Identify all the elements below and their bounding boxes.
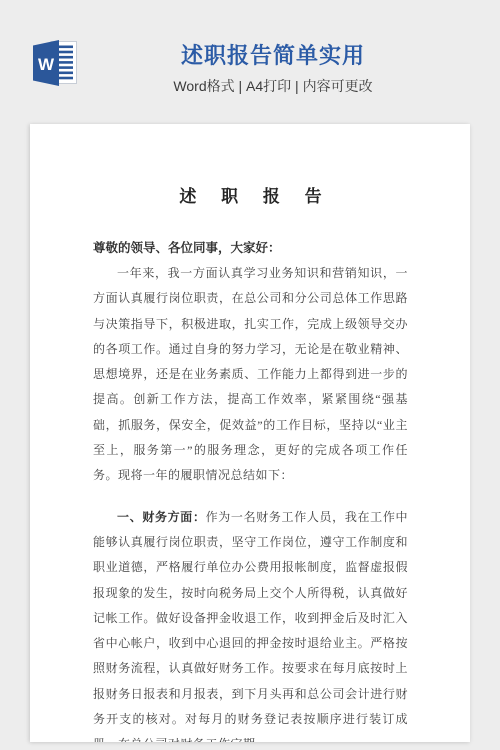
svg-text:W: W xyxy=(38,55,55,74)
salutation-line: 尊敬的领导、各位同事，大家好： xyxy=(93,236,408,261)
word-logo-graphic: W xyxy=(32,39,78,87)
header: W 述职报告简单实用 Word格式 | A4打印 | 内容可更改 xyxy=(0,0,500,124)
paragraph-finance-text: 作为一名财务工作人员，我在工作中能够认真履行岗位职责，坚守工作岗位，遵守工作制度… xyxy=(93,510,408,742)
paragraph-finance-lead: 一、财务方面： xyxy=(117,510,206,524)
template-subtitle: Word格式 | A4打印 | 内容可更改 xyxy=(78,77,468,95)
document-body: 尊敬的领导、各位同事，大家好： 一年来，我一方面认真学习业务知识和营销知识，一方… xyxy=(93,236,408,742)
template-title: 述职报告简单实用 xyxy=(78,42,468,70)
paragraph-intro: 一年来，我一方面认真学习业务知识和营销知识，一方面认真履行岗位职责，在总公司和分… xyxy=(93,261,408,489)
word-icon: W xyxy=(32,39,78,87)
header-text: 述职报告简单实用 Word格式 | A4打印 | 内容可更改 xyxy=(78,42,468,95)
paragraph-finance: 一、财务方面：作为一名财务工作人员，我在工作中能够认真履行岗位职责，坚守工作岗位… xyxy=(93,505,408,742)
document-title: 述 职 报 告 xyxy=(93,184,408,210)
preview-canvas: W 述职报告简单实用 Word格式 | A4打印 | 内容可更改 述 职 报 告… xyxy=(0,0,500,750)
document-page-preview: 述 职 报 告 尊敬的领导、各位同事，大家好： 一年来，我一方面认真学习业务知识… xyxy=(30,124,470,742)
